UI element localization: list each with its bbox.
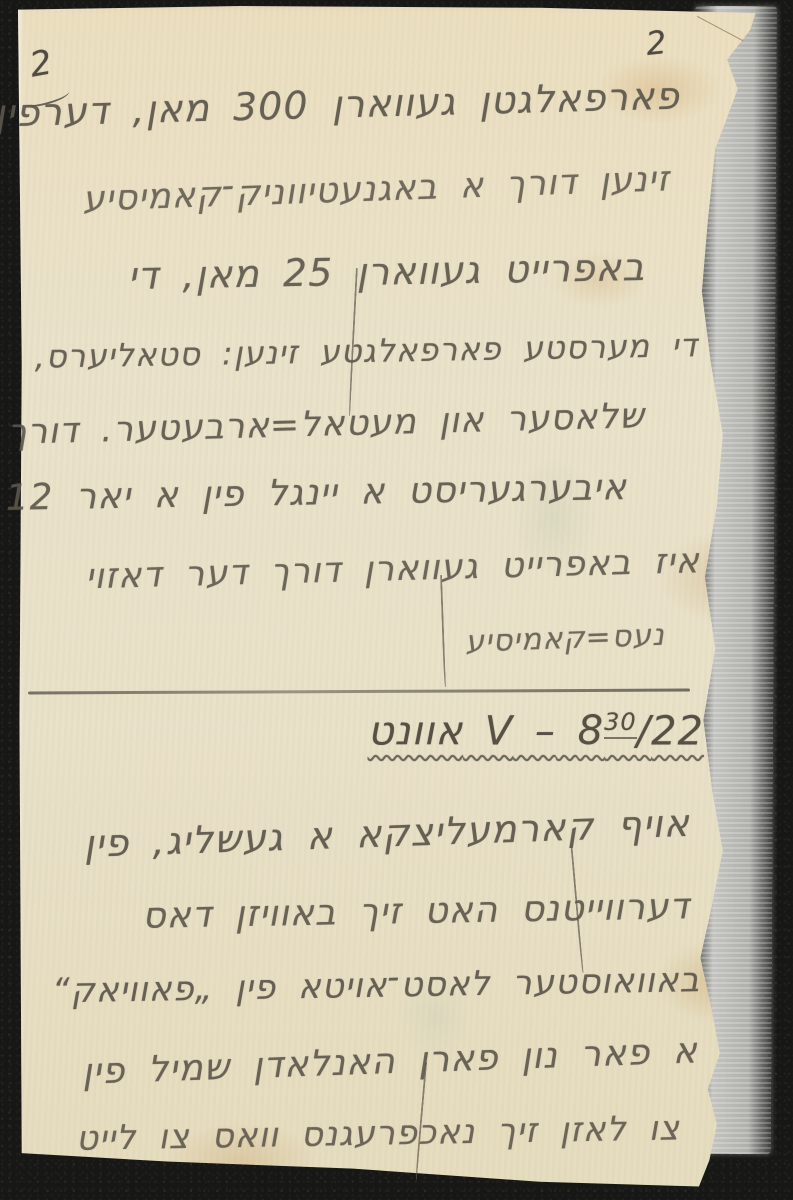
date-time-heading: 22/V – 830 אוונט bbox=[388, 708, 704, 754]
heading-dash: – bbox=[535, 708, 556, 754]
heading-time: 830 bbox=[578, 708, 637, 754]
photo-background: { "page": { "page_number": "2", "corner_… bbox=[0, 0, 793, 1200]
heading-evening-word: אוונט bbox=[368, 708, 464, 754]
heading-time-minutes: 30 bbox=[604, 708, 637, 739]
page-number: 2 bbox=[644, 23, 668, 63]
